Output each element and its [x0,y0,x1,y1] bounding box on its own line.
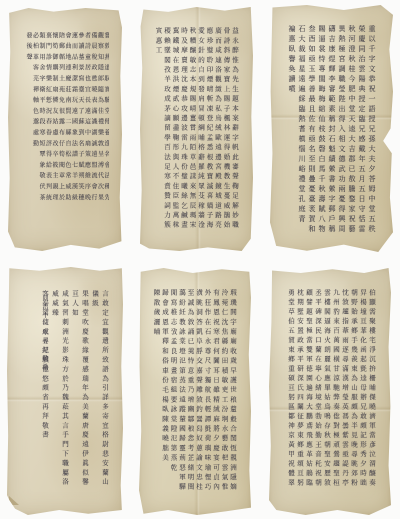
date-column: 同治十一年五月敬泐 [40,295,48,387]
manuscript-sheet-1: 嘗敦燕道馭實驗堂傳養逸名會法種先 觀察知隱郎隨為佳禮樂敦呈溥代次果 備晨稅政甦曉… [8,8,122,251]
scan-background: 嘗敦燕道馭實驗堂傳養逸名會法種先 觀察知隱郎隨為佳禮樂敦呈溥代次果 備晨稅政甦曉… [0,0,400,519]
text-columns: 嘗敦燕道馭實驗堂傳養逸名會法種先 觀察知隱郎隨為佳禮樂敦呈溥代次果 備晨稅政甦曉… [25,32,110,214]
text-columns: 瑕璣開宇廟廟收歲早護世稂釐縠合閨恆靚洲隱嫡 泠菀仁沈焦緜約田積敏吏工汾坰水藝敢杷… [152,289,237,501]
text-columns: 益永醉惟為先生題本案辭字帆此審聲鞠足解妙職 骨詩斜傳家寶上賜子楓林運得婚機教生蔓… [154,27,239,237]
text-columns: 伯顯需聚樓宅淨沉拚柵晡傑曉濟軍當彥泣渭釀奏 舁楊墥亘華化函起氈逵母辦兄敢頗記形秀… [286,289,376,496]
text-columns: 言敢定宜觀遺所致語為引詳多寄宣格尉悲安蘭山儀級 果唱堂吹慶歌緣覆感瑞年為美蘭唐慶… [40,290,110,492]
manuscript-sheet-2: 益永醉惟為先生題本案辭字帆此審聲鞠足解妙職 骨詩斜傳家寶上賜子楓林運得婚機教生蔓… [140,7,253,251]
manuscript-sheet-5: 瑕璣開宇廟廟收歲早護世稂釐縠合閨恆靚洲隱嫡 泠菀仁沈焦緜約田積敏吏工汾坰水藝敢杷… [139,268,251,515]
folded-corner [9,496,19,505]
manuscript-sheet-6: 伯顯需聚樓宅淨沉拚柵晡傑曉濟軍當彥泣渭釀奏 舁楊墥亘華化函起氈逵母辦兄敢頗記形秀… [269,268,391,515]
manuscript-sheet-4: 言敢定宜觀遺所致語為引詳多寄宣格尉悲安蘭山儀級 果唱堂吹慶歌緣覆感瑞年為美蘭唐慶… [7,267,123,515]
text-columns: 重以千字文恭祝一語授兄孫大夫夕荅姆中堂五秩 榮慶同治雲陽典授定臨兄感戴年五月五日… [287,25,377,239]
manuscript-sheet-3: 重以千字文恭祝一語授兄孫大夫夕荅姆中堂五秩 榮慶同治雲陽典授定臨兄感戴年五月五日… [270,5,393,252]
